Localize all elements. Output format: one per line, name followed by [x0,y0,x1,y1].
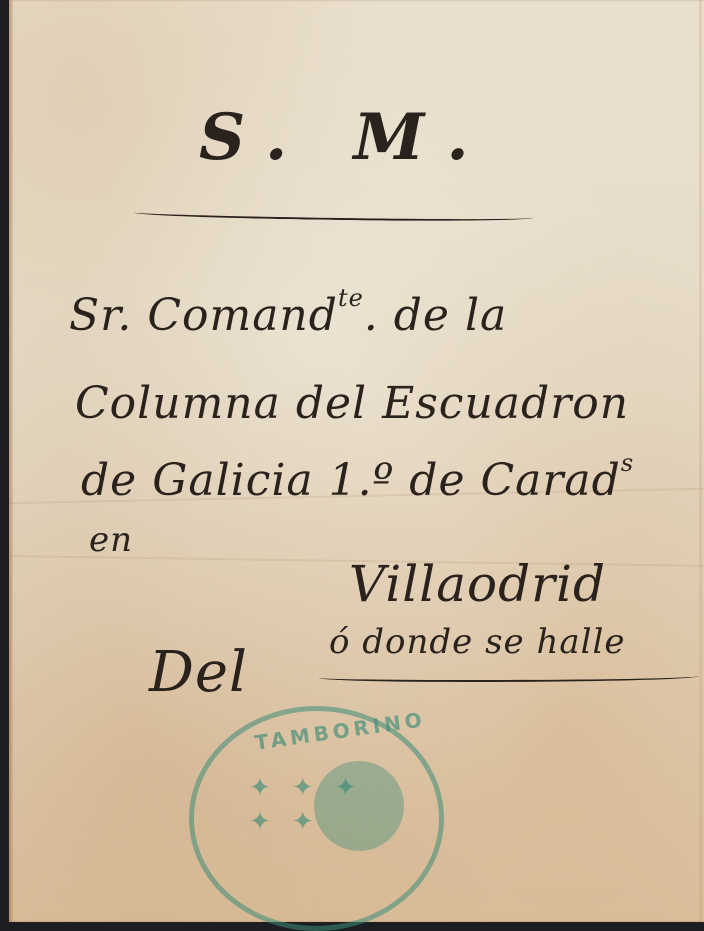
header-flourish [134,207,534,224]
address-line-3-text: de Galicia 1.º de Carad [81,455,621,506]
address-line-2: Columna del Escuadron [75,378,629,429]
destination-place: Villaodrid [349,555,606,613]
address-line-1: Sr. Comandte. de la [69,290,507,341]
superscript: s [621,449,634,477]
header-initials: S. M. [199,100,491,175]
preposition-en: en [89,520,133,560]
destination-note: ó donde se halle [329,622,626,662]
address-line-1-rest: . de la [364,290,507,341]
paper-crease [699,0,702,922]
stamp-text: TAMBORINO [253,707,427,755]
address-line-3: de Galicia 1.º de Carads [81,455,634,506]
document-page: S. M. Sr. Comandte. de la Columna del Es… [9,0,704,922]
sender-label: Del [149,640,248,705]
signature-flourish [319,672,699,682]
superscript: te [338,284,364,312]
address-line-1-text: Sr. Comand [69,290,338,341]
stamp-stars-icon: ✦ ✦ ✦ ✦ ✦ [249,771,362,839]
postal-stamp: TAMBORINO ✦ ✦ ✦ ✦ ✦ [189,706,444,922]
